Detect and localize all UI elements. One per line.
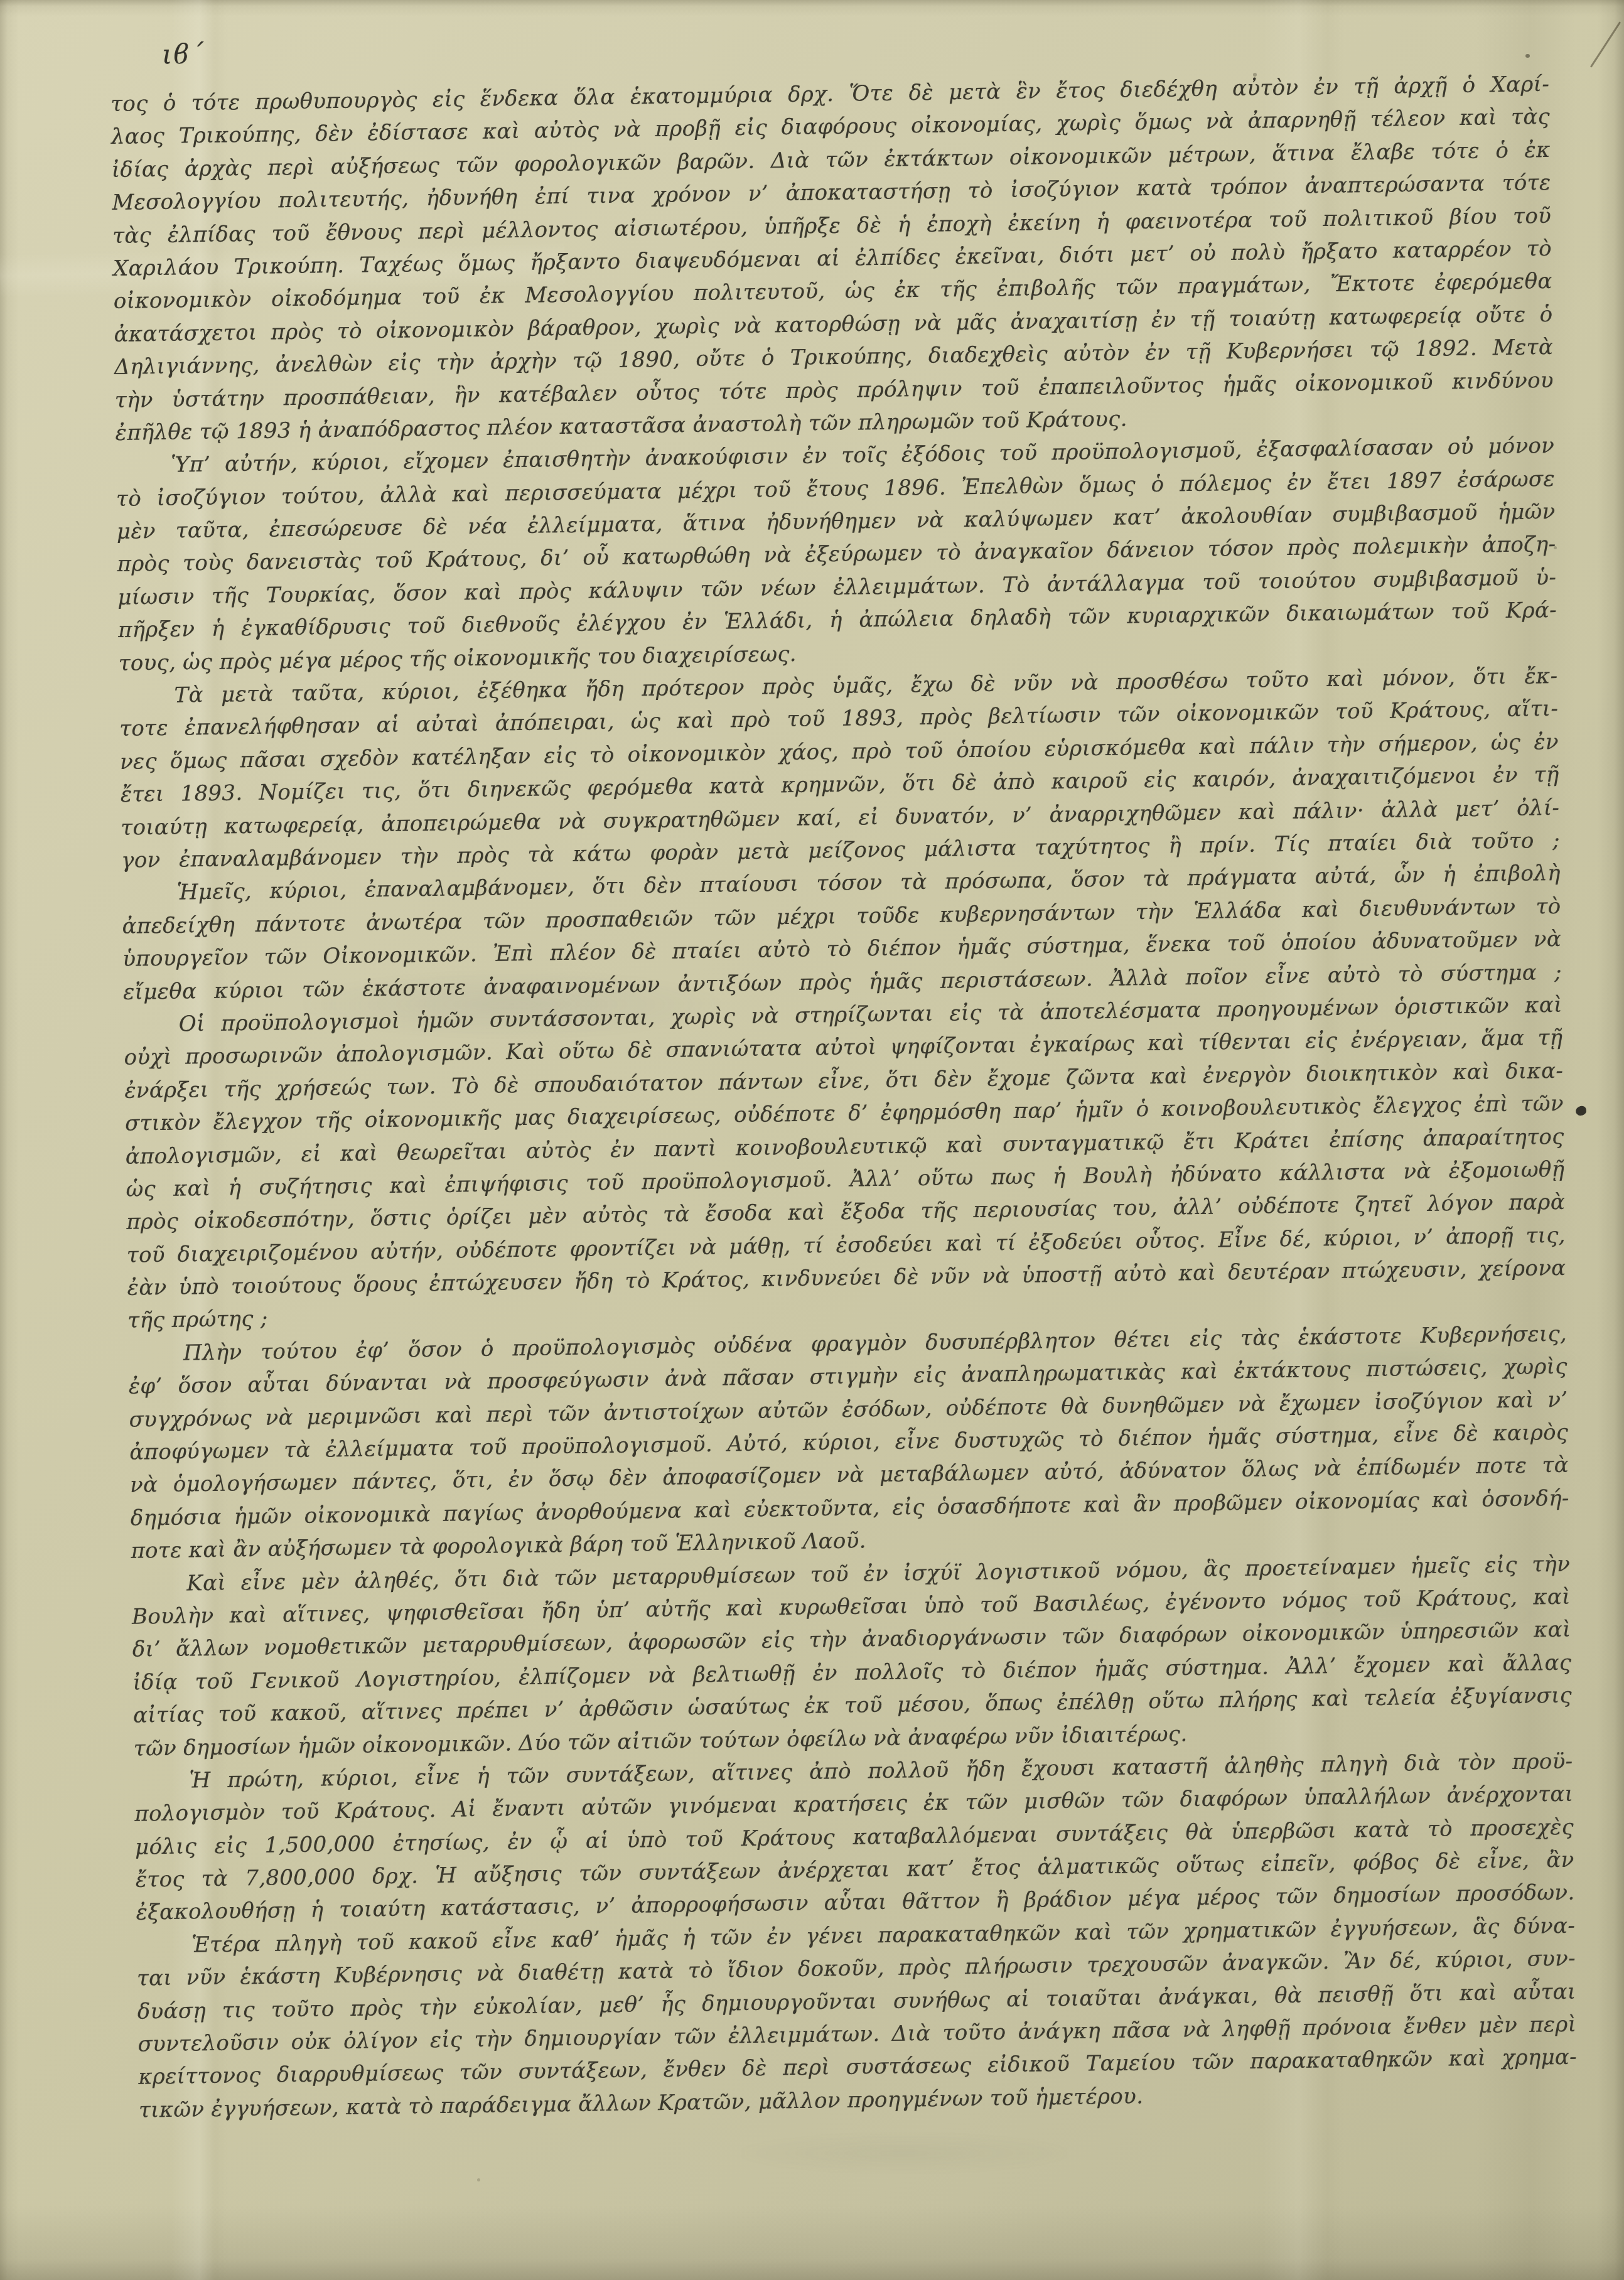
scan-scratch-mark: [1590, 21, 1621, 68]
page-number: ιϐ´: [162, 39, 205, 70]
body-text: τος ὁ τότε πρωθυπουργὸς εἰς ἕνδεκα ὅλα ἑ…: [110, 68, 1578, 2127]
scanned-document-page: ιϐ´ τος ὁ τότε πρωθυπουργὸς εἰς ἕνδεκα ὅ…: [0, 0, 1624, 2280]
margin-dot-mark: [1574, 1105, 1587, 1117]
ink-speck: [1525, 54, 1530, 58]
ink-speck: [477, 2178, 480, 2181]
ink-bleedthrough-smudge: [741, 2134, 1067, 2172]
